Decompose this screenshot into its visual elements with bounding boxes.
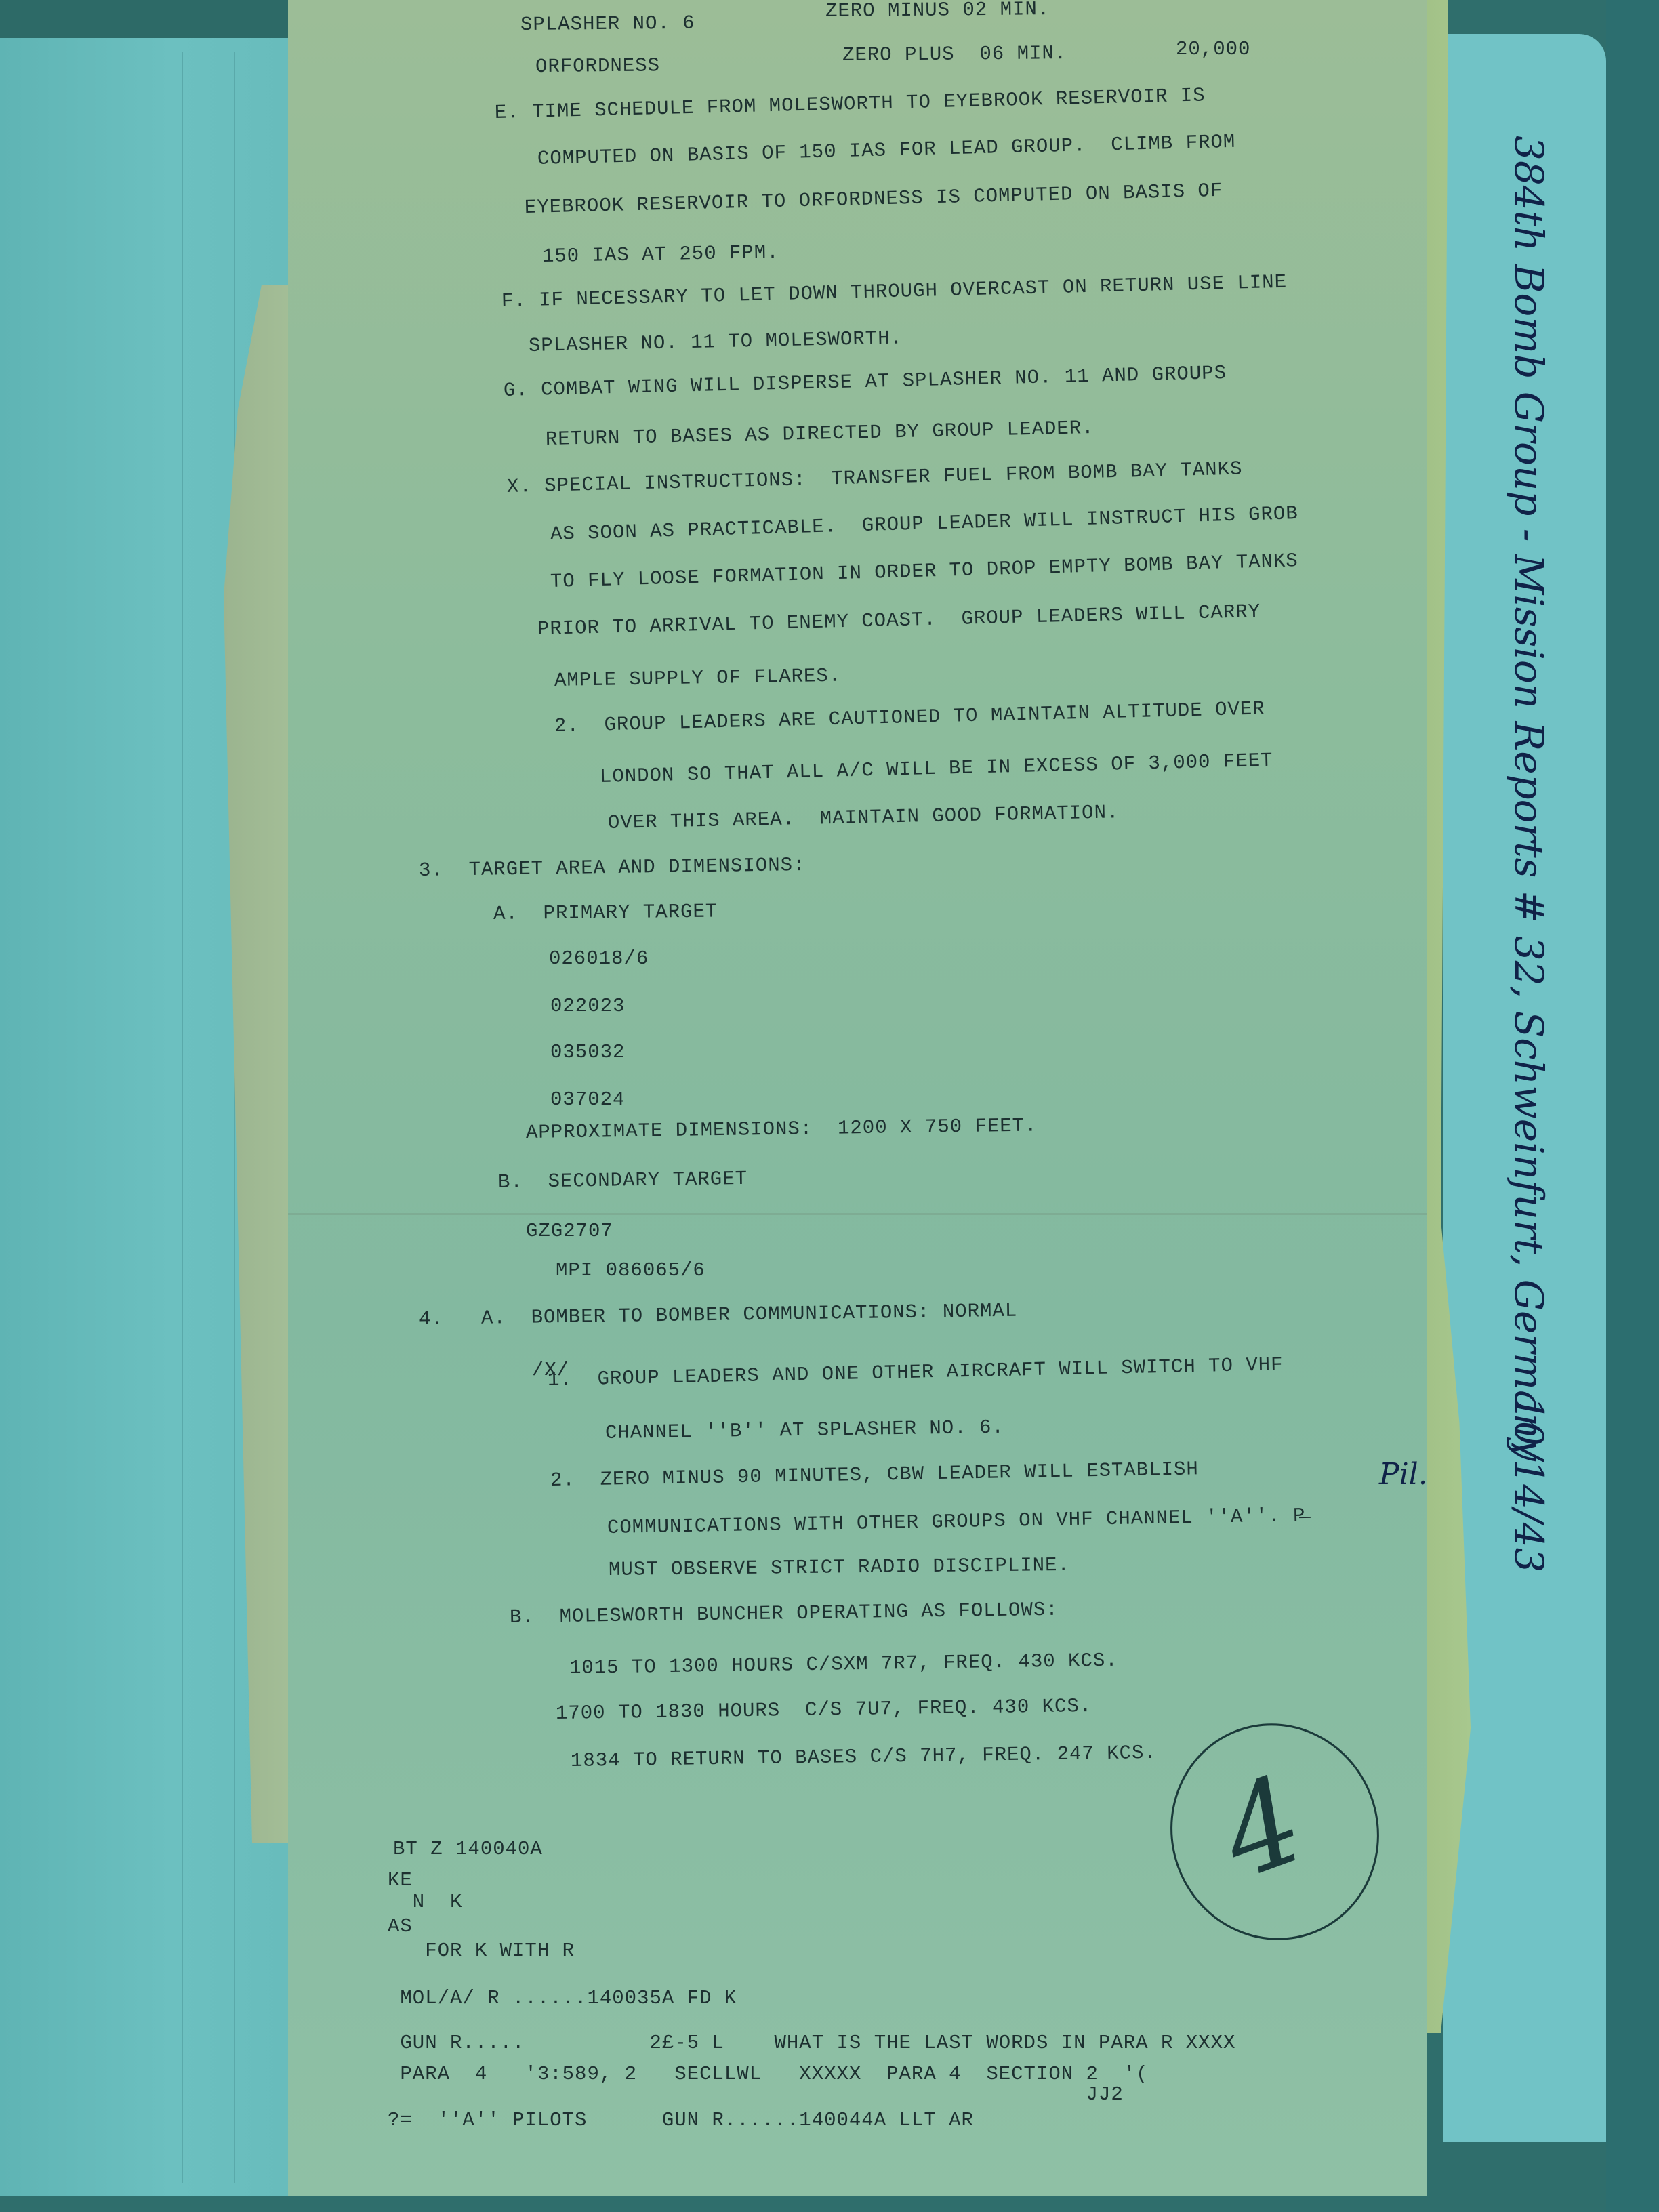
route-time: ZERO MINUS 02 MIN.	[825, 0, 1050, 22]
route-altitude: 20,000	[1176, 38, 1250, 60]
paper-fold-line	[288, 1213, 1427, 1215]
background-right	[1606, 0, 1659, 2212]
teletype-footer-line: MOL/A/ R ......140035A FD K	[388, 1987, 737, 2009]
teletype-footer-line: GUN R..... 2£-5 L WHAT IS THE LAST WORDS…	[388, 2032, 1235, 2054]
secondary-target-ref: GZG2707	[526, 1220, 613, 1242]
folder-label-handwritten: 384th Bomb Group - Mission Reports # 32,…	[1506, 136, 1552, 1461]
teletype-footer-line: PARA 4 '3:589, 2 SECLLWL XXXXX PARA 4 SE…	[388, 2063, 1149, 2085]
para-e-line: 150 IAS AT 250 FPM.	[542, 241, 779, 268]
primary-target-coord: 022023	[550, 995, 625, 1017]
background-top	[0, 0, 288, 38]
teletype-footer-line: FOR K WITH R	[388, 1940, 575, 1962]
folder-label-date: 10/14/43	[1506, 1396, 1552, 1573]
primary-target-coord: 026018/6	[549, 947, 649, 970]
route-time: ZERO PLUS 06 MIN.	[842, 42, 1067, 66]
primary-target-coord: 035032	[550, 1041, 625, 1063]
teletype-footer-line: JJ2	[388, 2083, 1124, 2106]
primary-target-coord: 037024	[550, 1088, 625, 1111]
teletype-footer-line: ?= ''A'' PILOTS GUN R......140044A LLT A…	[388, 2109, 974, 2131]
handwritten-correction: Pil.	[1379, 1457, 1428, 1492]
secondary-target-mpi: MPI 086065/6	[556, 1259, 705, 1282]
page-number: 4	[1204, 1749, 1321, 1906]
route-checkpoint: ORFORDNESS	[535, 54, 660, 78]
primary-target-label: A. PRIMARY TARGET	[493, 901, 718, 925]
folder-crease	[234, 52, 235, 2183]
route-checkpoint: SPLASHER NO. 6	[520, 12, 695, 36]
teletype-footer-line: KE	[388, 1869, 413, 1891]
secondary-target-label: B. SECONDARY TARGET	[498, 1168, 747, 1193]
teletype-footer-line: AS	[388, 1915, 413, 1938]
folder-crease	[182, 52, 183, 2183]
teletype-footer-line: BT Z 140040A	[393, 1838, 543, 1860]
teletype-footer-line: N K	[388, 1891, 462, 1913]
